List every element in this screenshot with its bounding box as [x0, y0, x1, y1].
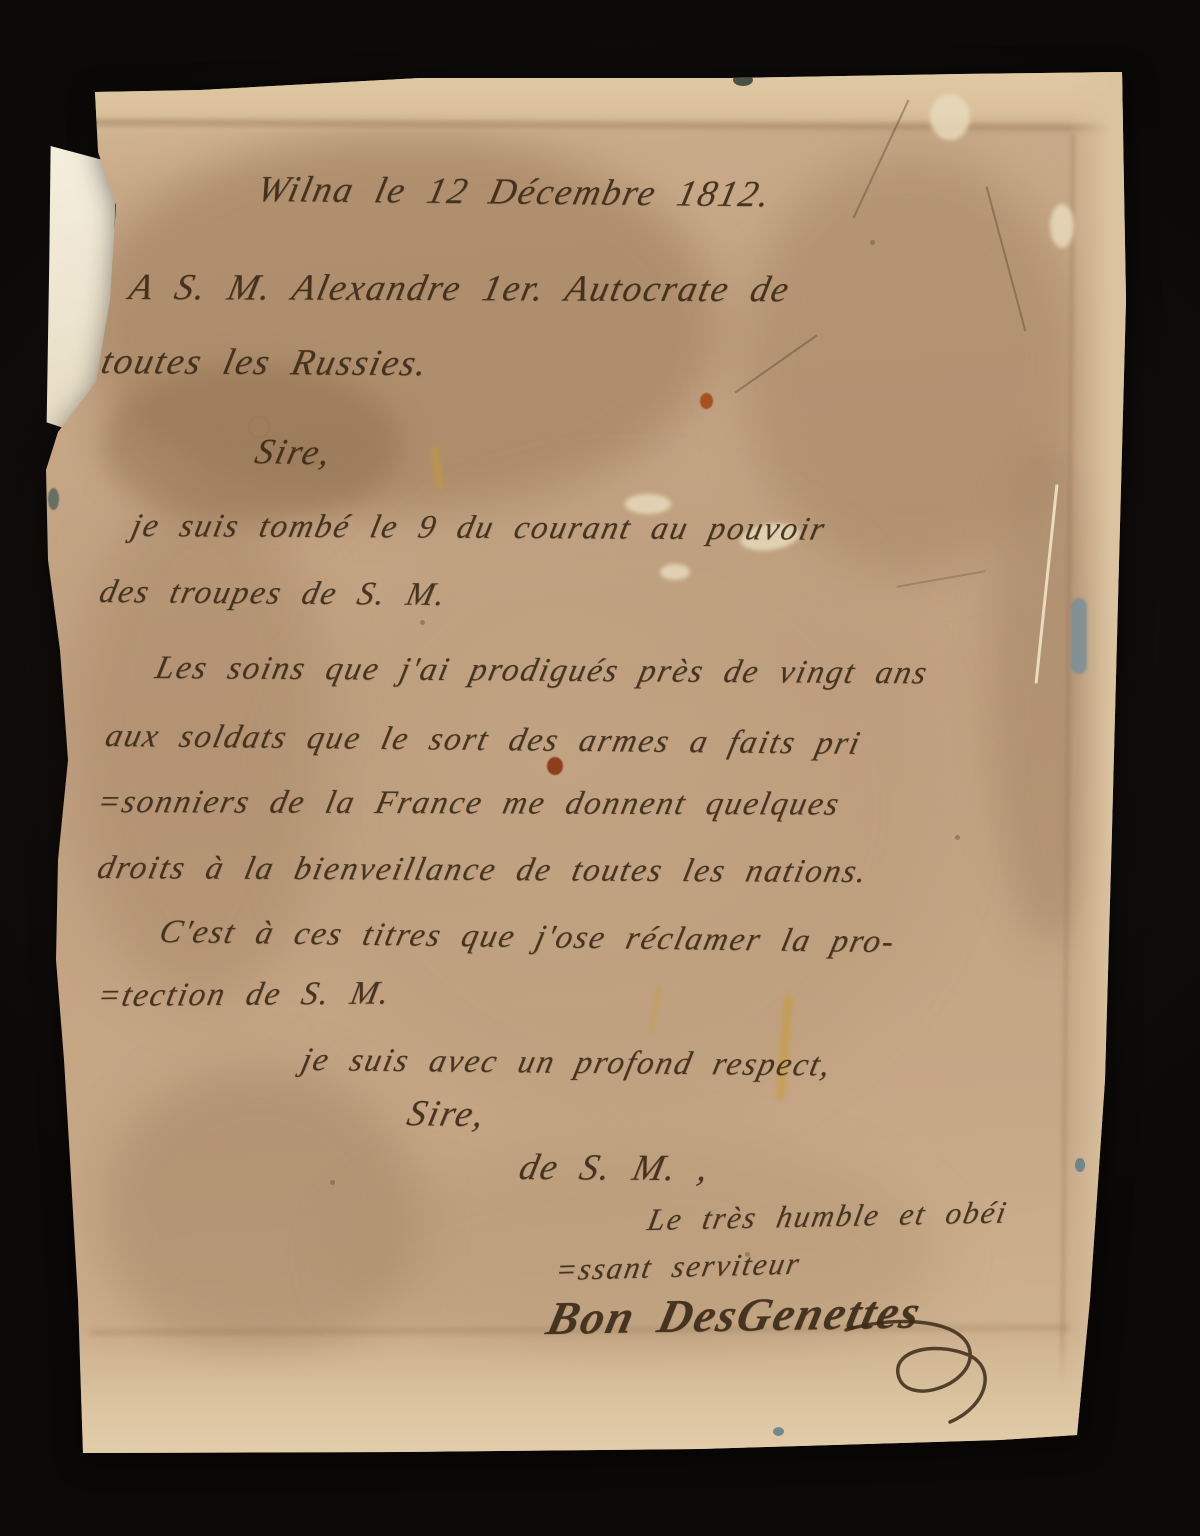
letter-body-line: des troupes de S. M.	[96, 574, 451, 614]
letter-body-line: droits à la bienveillance de toutes les …	[94, 850, 872, 891]
letter-dateline: Wilna le 12 Décembre 1812.	[253, 168, 776, 216]
letter-recipient-line-2: toutes les Russies.	[97, 340, 433, 385]
letter-closing-line: de S. M. ,	[515, 1146, 714, 1190]
photo-background: Wilna le 12 Décembre 1812. A S. M. Alexa…	[0, 0, 1200, 1536]
letter-body-line: aux soldats que le sort des armes a fait…	[102, 718, 865, 763]
letter-body-line: C'est à ces titres que j'ose réclamer la…	[156, 914, 900, 961]
letter-salutation: Sire,	[251, 430, 336, 473]
letter-body-line: Les soins que j'ai prodigués près de vin…	[152, 650, 932, 692]
letter-body-line: =sonniers de la France me donnent quelqu…	[94, 784, 844, 824]
letter-recipient-line-1: A S. M. Alexandre 1er. Autocrate de	[125, 266, 794, 311]
signature-flourish	[838, 1312, 1038, 1442]
letter-body-line: je suis tombé le 9 du courant au pouvoir	[128, 508, 830, 549]
letter-body-line: =tection de S. M.	[94, 975, 394, 1015]
letter-valediction-line: =ssant serviteur	[553, 1246, 804, 1289]
handwriting-layer: Wilna le 12 Décembre 1812. A S. M. Alexa…	[0, 0, 1200, 1536]
letter-valediction-line: Le très humble et obéi	[645, 1194, 1011, 1238]
letter-closing-line: je suis avec un profond respect,	[298, 1042, 836, 1084]
letter-closing-line: Sire,	[403, 1092, 490, 1136]
